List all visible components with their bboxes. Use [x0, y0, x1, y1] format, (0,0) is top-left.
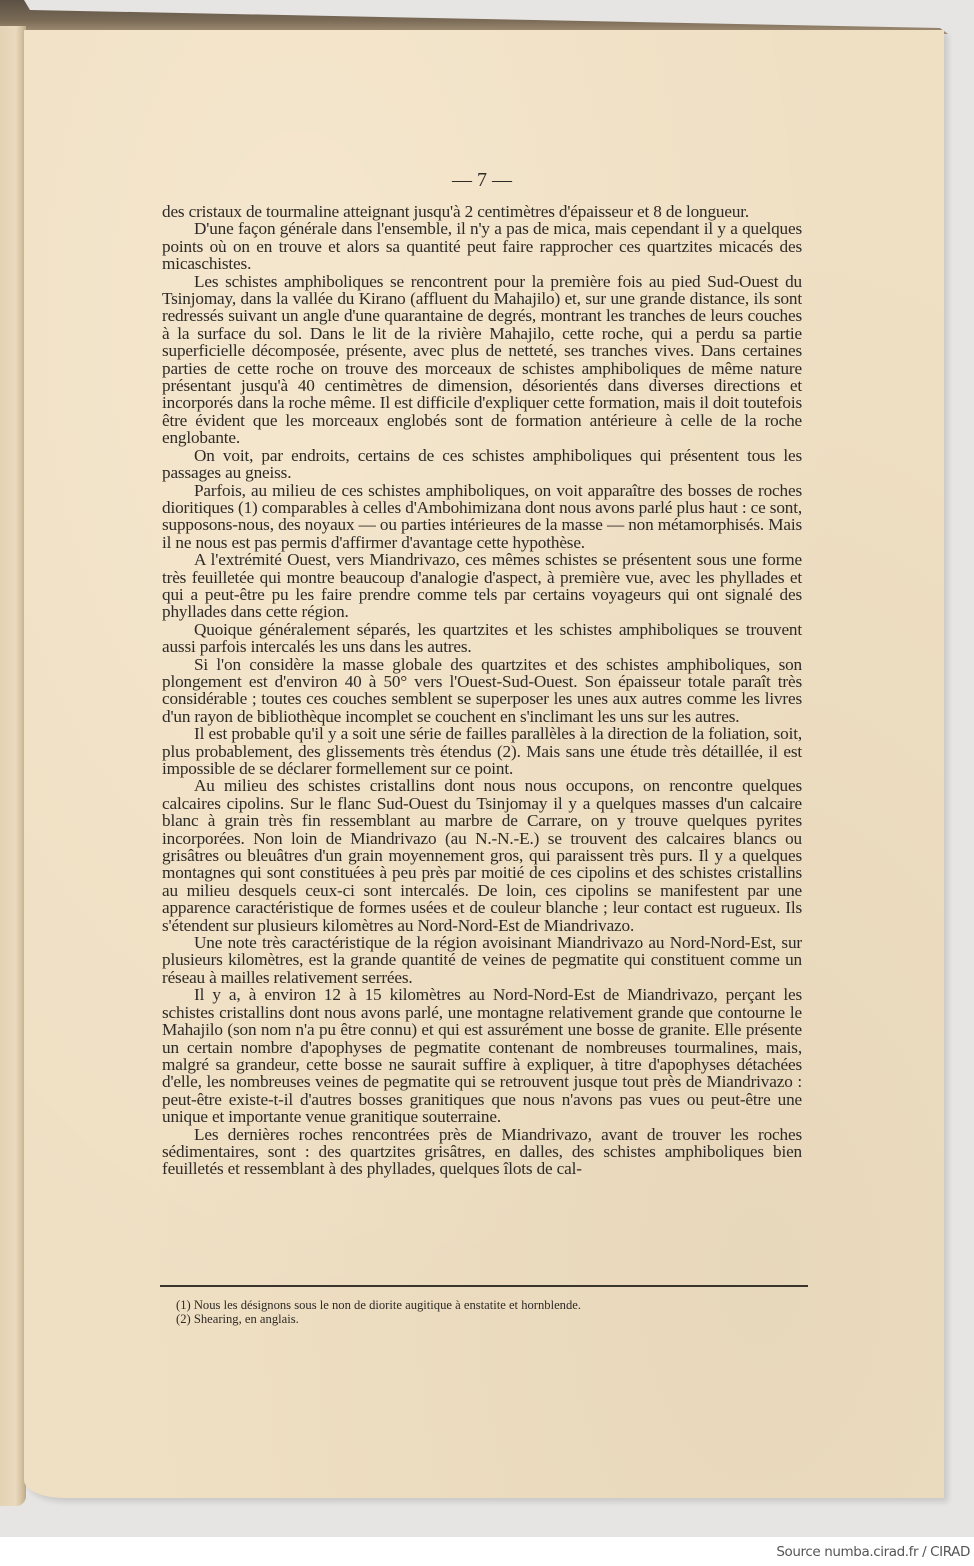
paragraph: D'une façon générale dans l'ensemble, il…: [162, 220, 802, 272]
page-body: — 7 — des cristaux de tourmaline atteign…: [162, 168, 802, 1178]
paragraph: Parfois, au milieu de ces schistes amphi…: [162, 482, 802, 552]
paragraph: Il est probable qu'il y a soit une série…: [162, 725, 802, 777]
previous-page-edge: [0, 26, 26, 1506]
paragraph: Il y a, à environ 12 à 15 kilomètres au …: [162, 986, 802, 1125]
paragraph: Les dernières roches rencontrées près de…: [162, 1126, 802, 1178]
footnote-1: (1) Nous les désignons sous le non de di…: [176, 1298, 796, 1312]
paragraph: A l'extrémité Ouest, vers Miandrivazo, c…: [162, 551, 802, 621]
paragraph: Quoique généralement séparés, les quartz…: [162, 621, 802, 656]
paragraph: Les schistes amphiboliques se rencontren…: [162, 273, 802, 447]
footnote-2: (2) Shearing, en anglais.: [176, 1312, 796, 1326]
paragraph: On voit, par endroits, certains de ces s…: [162, 447, 802, 482]
paragraph: Une note très caractéristique de la régi…: [162, 934, 802, 986]
footnote-divider: [160, 1285, 808, 1287]
paragraph: des cristaux de tourmaline atteignant ju…: [162, 203, 802, 220]
source-credit: Source numba.cirad.fr / CIRAD: [776, 1544, 970, 1560]
paragraph: Si l'on considère la masse globale des q…: [162, 656, 802, 726]
footnotes: (1) Nous les désignons sous le non de di…: [176, 1298, 796, 1326]
page-number: — 7 —: [162, 168, 802, 192]
paragraph: Au milieu des schistes cristallins dont …: [162, 777, 802, 934]
